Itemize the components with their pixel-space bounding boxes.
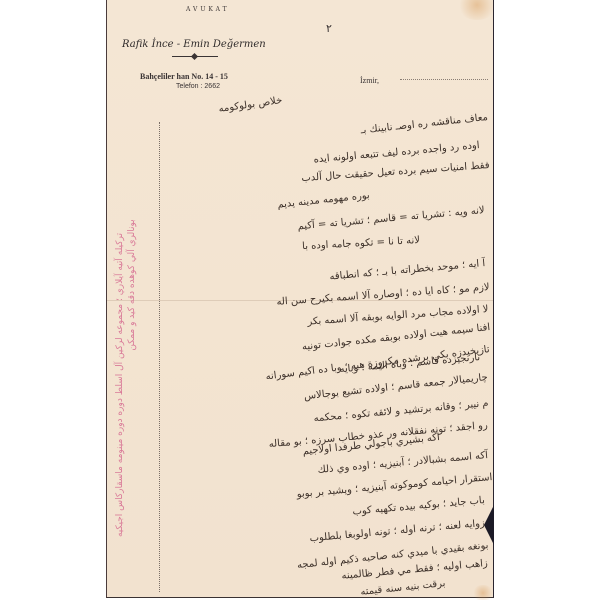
letterhead-names: Rafik İnce - Emin Değermen [122,39,266,50]
page-number: ٢ [326,22,332,35]
foxing-stain [472,585,494,600]
letterhead-title: AVUKAT [186,6,230,13]
letterhead-phone: Telefon : 2662 [176,83,220,90]
margin-dotted-line [159,122,160,592]
marginalia-column-2: بونالري آلي كوهده دقه کيد و ممكن [127,145,137,425]
torn-edge [484,505,494,545]
marginalia-column-1: ترکيله آتيه آيلاري ؛ مجموعه لرکين آل اسل… [115,195,125,575]
date-dotted-line [400,79,488,80]
city-label: İzmir, [360,76,379,85]
foxing-stain [457,0,497,20]
letterhead-ornament [172,56,218,57]
letterhead-address: Bahçeliler han No. 14 - 15 [140,72,228,81]
